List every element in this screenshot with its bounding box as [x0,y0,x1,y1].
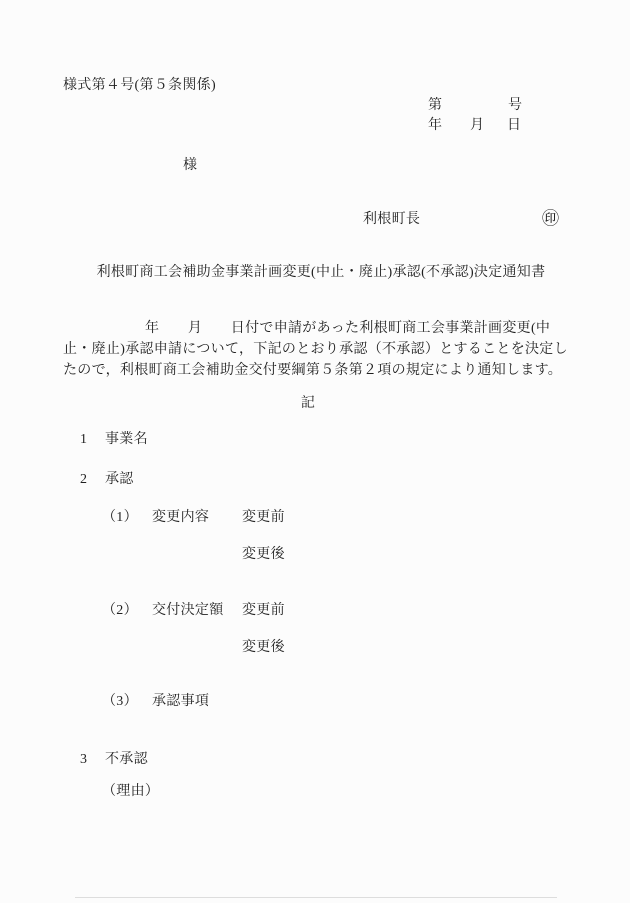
sender-name: 利根町長 [363,212,420,228]
item1-label: 事業名 [105,432,148,448]
body-line-1: 年 月 日付で申請があった利根町商工会事業計画変更(中 [145,321,550,337]
sub1-label: 変更内容 [152,510,209,526]
item2-label: 承認 [105,472,134,488]
document-title: 利根町商工会補助金事業計画変更(中止・廃止)承認(不承認)決定通知書 [0,265,630,281]
sub2-before-label: 変更前 [242,603,285,619]
item1-number: 1 [80,432,87,448]
document-page: 様式第４号(第５条関係) 第 号 年 月 日 様 利根町長 ㊞ 利根町商工会補助… [0,0,630,903]
record-marker: 記 [0,396,630,412]
sub2-after-label: 変更後 [242,640,285,656]
doc-number-suffix: 号 [508,98,522,114]
seal-icon: ㊞ [542,210,559,227]
addressee-honorific: 様 [183,158,197,174]
item2-number: 2 [80,472,87,488]
sub2-label: 交付決定額 [152,603,224,619]
date-month-label: 月 [470,118,484,134]
body-line-3: たので，利根町商工会補助金交付要綱第５条第２項の規定により通知します。 [63,363,562,379]
sub2-number: （2） [102,603,138,619]
sub1-number: （1） [102,510,138,526]
sub1-before-label: 変更前 [242,510,285,526]
sub3-label: 承認事項 [152,694,209,710]
body-line-2: 止・廃止)承認申請について，下記のとおり承認（不承認）とすることを決定し [63,342,568,358]
item3-number: 3 [80,752,87,768]
item3-reason-label: （理由） [102,784,159,800]
bottom-divider [75,897,557,898]
doc-number-prefix: 第 [428,98,442,114]
sub1-after-label: 変更後 [242,547,285,563]
date-year-label: 年 [428,118,442,134]
item3-label: 不承認 [105,752,148,768]
date-day-label: 日 [507,118,521,134]
sub3-number: （3） [102,694,138,710]
form-number: 様式第４号(第５条関係) [63,78,216,94]
